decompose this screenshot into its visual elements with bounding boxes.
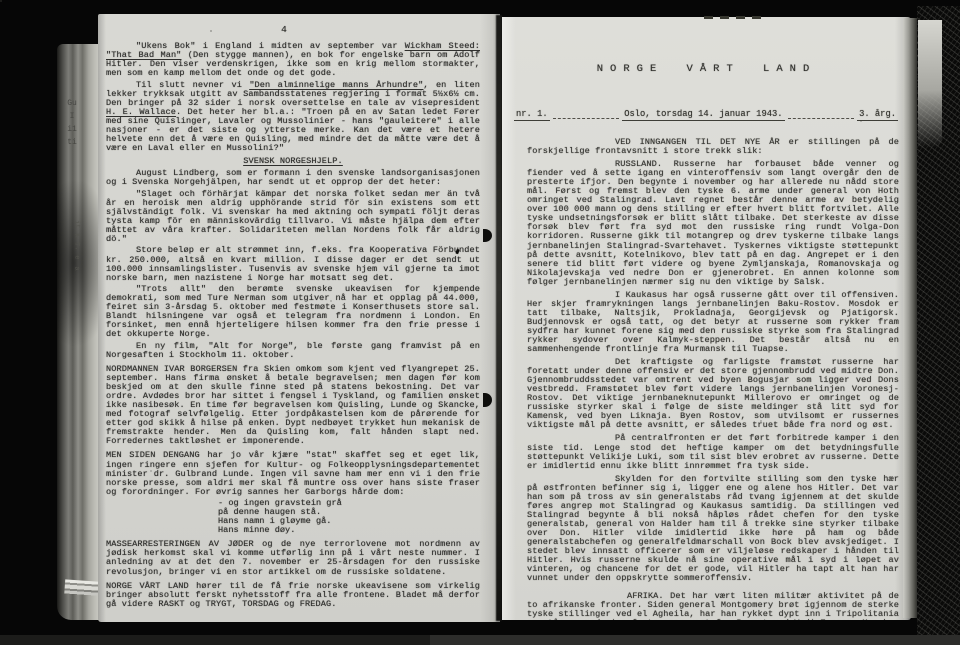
paragraph-lindberg: August Lindberg, som er formann i den sv… <box>106 169 480 187</box>
paragraph-afrika: AFRIKA. Det har vært liten militær aktiv… <box>527 592 899 620</box>
top-right-page-sliver <box>918 20 942 148</box>
issue-number: nr. 1. <box>514 109 550 121</box>
newspaper-masthead: NORGE VÅRT LAND <box>502 63 911 75</box>
scan-border-top <box>0 0 960 12</box>
place-and-date: Oslo, torsdag 14. januar 1943. <box>622 109 784 121</box>
paragraph-ved-inngangen: VED INNGANGEN TIL DET NYE ÅR er stilling… <box>527 138 899 156</box>
page-number: 4 <box>106 24 462 35</box>
dashed-rule <box>788 117 855 119</box>
paragraph-norge-vart-land-notice: NORGE VÅRT LAND hører til de få frie nor… <box>106 582 480 609</box>
paragraph-ukens-bok: "Ukens Bok" i England i midten av septem… <box>106 42 480 78</box>
paper-specks <box>0 0 2 2</box>
right-page-text: VED INNGANGEN TIL DET NYE ÅR er stilling… <box>527 138 899 620</box>
paragraph-ny-film: En ny film, "Alt for Norge", ble første … <box>106 342 480 360</box>
paragraph-til-slutt: Til slutt nevner vi "Den alminnelige man… <box>106 81 480 153</box>
paragraph-store-belop: Store beløp er alt strømmet inn, f.eks. … <box>106 246 480 282</box>
paragraph-svensk-opprop: "Slaget och förhärjat kämpar det norska … <box>106 190 480 244</box>
scan-surface-bottom-shadow <box>0 635 430 645</box>
stray-dash-marks <box>704 16 762 19</box>
paragraph-trots-allt: "Trots allt" den berømte svenske ukeavis… <box>106 285 480 339</box>
volume-number: 3. årg. <box>857 109 898 121</box>
scan-background: Gu I i1 ti it K 7. e a 4 "Ukens Bok" i E… <box>0 0 960 645</box>
dashed-rule <box>553 117 620 119</box>
poem-line: Hans minne døy. <box>218 526 480 535</box>
right-page: NORGE VÅRT LAND nr. 1. Oslo, torsdag 14.… <box>502 17 911 620</box>
paragraph-framstot-don: Det kraftigste og farligste framstøt rus… <box>527 358 899 430</box>
section-heading-svensk-norgeshjelp: SVENSK NORGESHJELP. <box>106 157 480 166</box>
edge-text-fragments-lower: it K 7. e a <box>69 219 83 274</box>
paragraph-russland: RUSSLAND. Russerne har forbauset både ve… <box>527 160 899 287</box>
paragraph-massearrestering: MASSEARRESTERINGEN AV JØDER og de nye te… <box>106 540 480 576</box>
paragraph-men-siden-dengang: MEN SIDEN DENGANG har jo vår kjære "stat… <box>106 451 480 496</box>
paragraph-skylden-hitler: Skylden for den fortvilte stilling som d… <box>527 475 899 584</box>
edge-text-fragments-upper: Gu I i1 ti <box>63 97 81 149</box>
left-page-text: 4 "Ukens Bok" i England i midten av sept… <box>106 24 480 611</box>
garborg-poem: - og ingen gravstein grå på denne haugen… <box>218 499 480 535</box>
paragraph-nordmannen-borgersen: NORDMANNEN IVAR BORGERSEN fra Skien omko… <box>106 365 480 446</box>
left-page: 4 "Ukens Bok" i England i midten av sept… <box>98 14 500 622</box>
paragraph-kaukasus: I Kaukasus har også russerne gått over t… <box>527 291 899 354</box>
paragraph-centralfronten: På centralfronten er det ført forbitrede… <box>527 434 899 470</box>
dateline-rule: nr. 1. Oslo, torsdag 14. januar 1943. 3.… <box>514 109 898 121</box>
